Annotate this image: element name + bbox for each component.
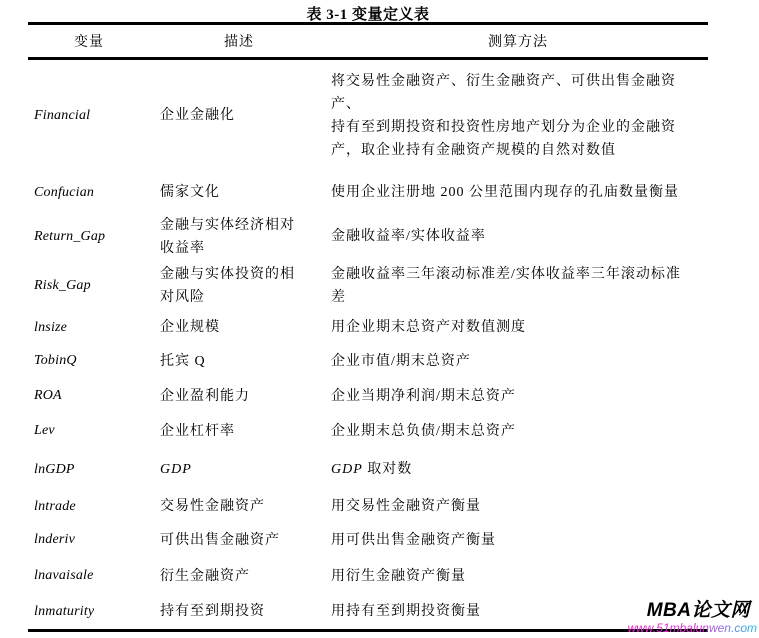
- variable-name-cell: ROA: [28, 379, 150, 414]
- method-cell: 用衍生金融资产衡量: [328, 558, 708, 595]
- method-cell: 用企业期末总资产对数值测度: [328, 312, 708, 344]
- description-cell: 儒家文化: [150, 172, 328, 214]
- description-cell: 可供出售金融资产: [150, 523, 328, 558]
- description-cell: 金融与实体投资的相 对风险: [150, 260, 328, 312]
- watermark-site-url: www.51mbalunwen.com: [628, 622, 757, 635]
- method-cell: 用交易性金融资产衡量: [328, 491, 708, 523]
- table-header-row: 变量 描述 测算方法: [28, 24, 708, 59]
- method-cell: 用可供出售金融资产衡量: [328, 523, 708, 558]
- table-row: Return_Gap 金融与实体经济相对 收益率 金融收益率/实体收益率: [28, 214, 708, 260]
- watermark: MBA论文网 www.51mbalunwen.com: [628, 601, 757, 635]
- method-cell: 金融收益率三年滚动标准差/实体收益率三年滚动标准 差: [328, 260, 708, 312]
- table-caption: 表 3-1 变量定义表: [28, 3, 708, 24]
- table-row: lntrade 交易性金融资产 用交易性金融资产衡量: [28, 491, 708, 523]
- table-row: Confucian 儒家文化 使用企业注册地 200 公里范围内现存的孔庙数量衡…: [28, 172, 708, 214]
- column-header-method: 测算方法: [328, 24, 708, 59]
- table-row: lnmaturity 持有至到期投资 用持有至到期投资衡量: [28, 595, 708, 631]
- method-cell: GDP 取对数: [328, 449, 708, 491]
- table-row: Financial 企业金融化 将交易性金融资产、衍生金融资产、可供出售金融资产…: [28, 59, 708, 172]
- method-cell: 使用企业注册地 200 公里范围内现存的孔庙数量衡量: [328, 172, 708, 214]
- description-cell: 金融与实体经济相对 收益率: [150, 214, 328, 260]
- variable-name-cell: Return_Gap: [28, 214, 150, 260]
- variable-name-cell: Risk_Gap: [28, 260, 150, 312]
- variable-name-cell: lnavaisale: [28, 558, 150, 595]
- method-cell: 企业当期净利润/期末总资产: [328, 379, 708, 414]
- variable-name-cell: lnGDP: [28, 449, 150, 491]
- description-cell: 企业盈利能力: [150, 379, 328, 414]
- column-header-description: 描述: [150, 24, 328, 59]
- variable-name-cell: lnsize: [28, 312, 150, 344]
- table-row: lnderiv 可供出售金融资产 用可供出售金融资产衡量: [28, 523, 708, 558]
- table-row: lnavaisale 衍生金融资产 用衍生金融资产衡量: [28, 558, 708, 595]
- description-cell: 企业杠杆率: [150, 414, 328, 449]
- variable-name-cell: Lev: [28, 414, 150, 449]
- description-cell: 衍生金融资产: [150, 558, 328, 595]
- method-cell: 企业期末总负债/期末总资产: [328, 414, 708, 449]
- variable-name-cell: lntrade: [28, 491, 150, 523]
- description-cell: 交易性金融资产: [150, 491, 328, 523]
- variable-name-cell: lnderiv: [28, 523, 150, 558]
- variable-name-cell: TobinQ: [28, 344, 150, 379]
- watermark-site-name: MBA论文网: [628, 601, 757, 622]
- method-cell: 企业市值/期末总资产: [328, 344, 708, 379]
- description-cell: 持有至到期投资: [150, 595, 328, 631]
- description-cell: 企业规模: [150, 312, 328, 344]
- method-cell: 将交易性金融资产、衍生金融资产、可供出售金融资产、 持有至到期投资和投资性房地产…: [328, 59, 708, 172]
- table-row: ROA 企业盈利能力 企业当期净利润/期末总资产: [28, 379, 708, 414]
- column-header-variable: 变量: [28, 24, 150, 59]
- table-row: lnsize 企业规模 用企业期末总资产对数值测度: [28, 312, 708, 344]
- description-cell: 企业金融化: [150, 59, 328, 172]
- variable-name-cell: Financial: [28, 59, 150, 172]
- table-row: Lev 企业杠杆率 企业期末总负债/期末总资产: [28, 414, 708, 449]
- variable-name-cell: Confucian: [28, 172, 150, 214]
- method-cell: 金融收益率/实体收益率: [328, 214, 708, 260]
- variable-name-cell: lnmaturity: [28, 595, 150, 631]
- variable-definition-table: 变量 描述 测算方法 Financial 企业金融化 将交易性金融资产、衍生金融…: [28, 22, 708, 632]
- table-row: Risk_Gap 金融与实体投资的相 对风险 金融收益率三年滚动标准差/实体收益…: [28, 260, 708, 312]
- table-row: lnGDP GDP GDP 取对数: [28, 449, 708, 491]
- description-cell: GDP: [150, 449, 328, 491]
- description-cell: 托宾 Q: [150, 344, 328, 379]
- table-row: TobinQ 托宾 Q 企业市值/期末总资产: [28, 344, 708, 379]
- document-page: 表 3-1 变量定义表 变量 描述 测算方法 Financial 企业金融化 将…: [0, 0, 759, 638]
